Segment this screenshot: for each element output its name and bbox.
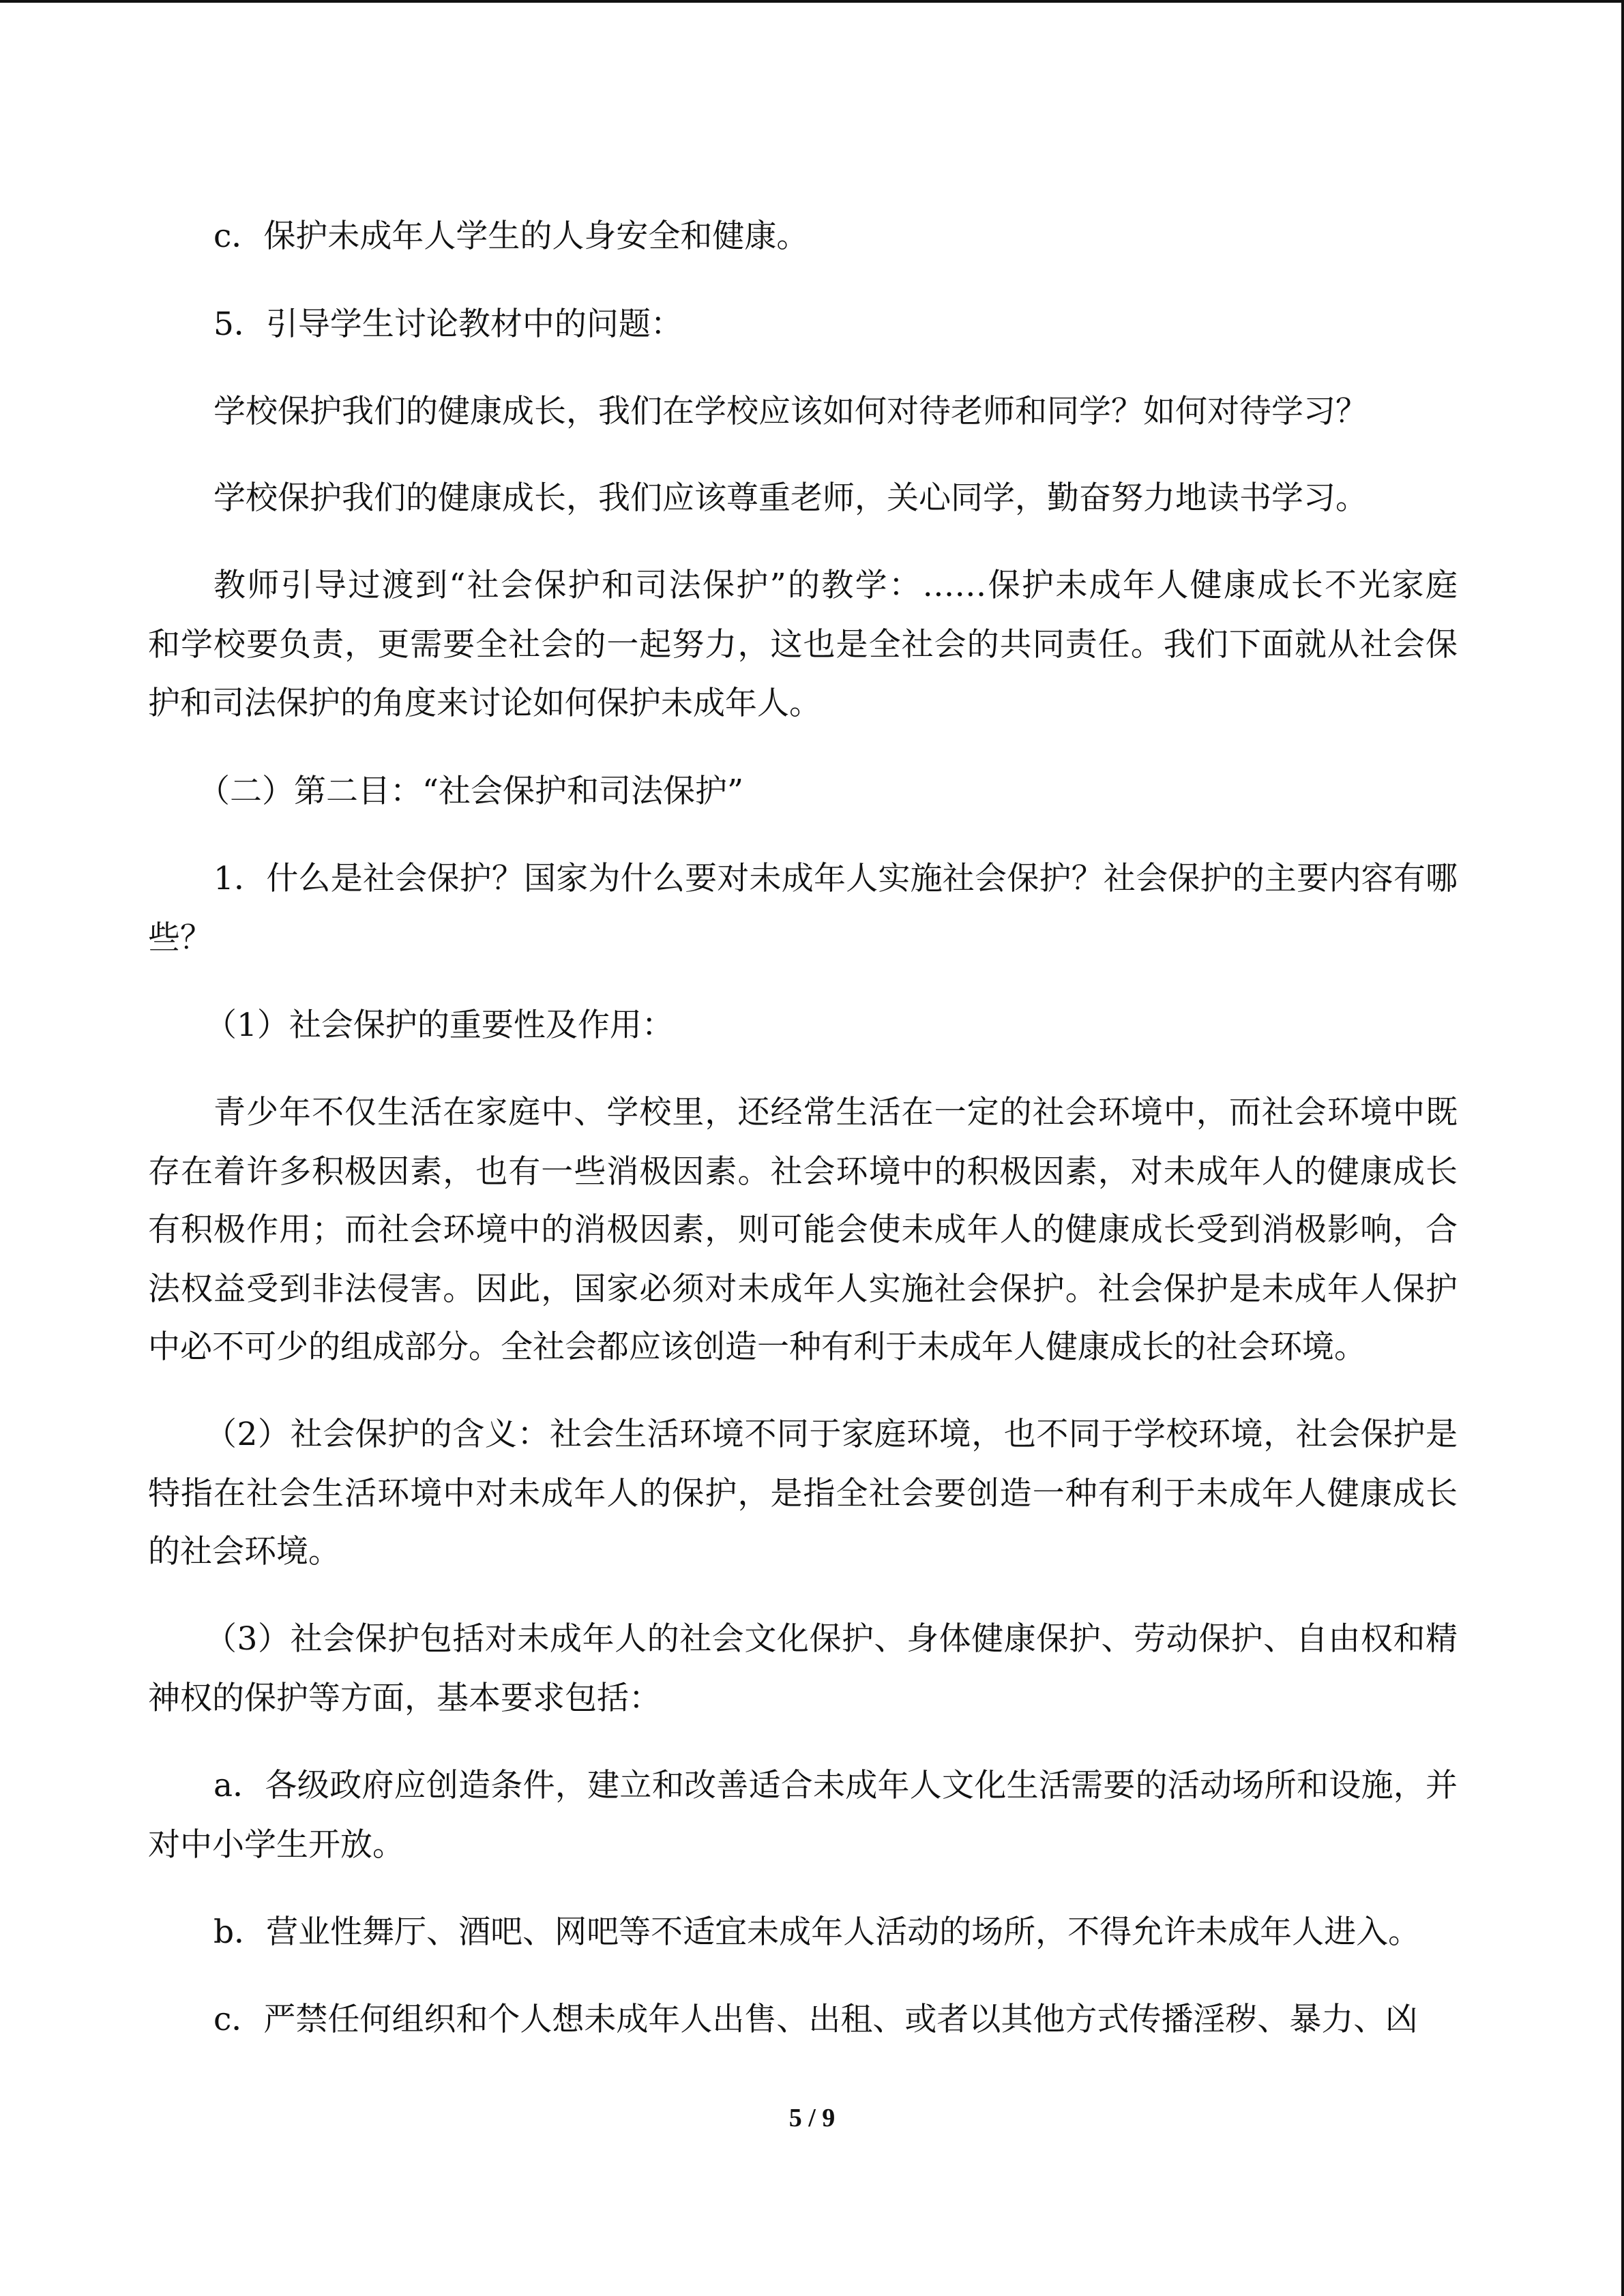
paragraph-line: 教师引导过渡到“社会保护和司法保护”的教学：……保护未成年人健康成长不光家庭 bbox=[213, 565, 1458, 606]
paragraph-line: 护和司法保护的角度来讨论如何保护未成年人。 bbox=[148, 683, 1458, 724]
paragraph-line: 神权的保护等方面，基本要求包括： bbox=[148, 1678, 1458, 1719]
paragraph-line: 存在着许多积极因素，也有一些消极因素。社会环境中的积极因素，对未成年人的健康成长 bbox=[148, 1152, 1458, 1193]
document-page: c．保护未成年人学生的人身安全和健康。 5．引导学生讨论教材中的问题： 学校保护… bbox=[0, 0, 1624, 2296]
paragraph-line: 青少年不仅生活在家庭中、学校里，还经常生活在一定的社会环境中，而社会环境中既 bbox=[213, 1092, 1458, 1133]
paragraph-line: 和学校要负责，更需要全社会的一起努力，这也是全社会的共同责任。我们下面就从社会保 bbox=[148, 625, 1458, 666]
paragraph-line: 1．什么是社会保护？国家为什么要对未成年人实施社会保护？社会保护的主要内容有哪 bbox=[213, 859, 1458, 899]
paragraph-line: 特指在社会生活环境中对未成年人的保护，是指全社会要创造一种有利于未成年人健康成长 bbox=[148, 1474, 1458, 1515]
paragraph-line: 5．引导学生讨论教材中的问题： bbox=[213, 304, 1458, 345]
page-number: 5 / 9 bbox=[0, 2103, 1624, 2133]
paragraph-line: 有积极作用；而社会环境中的消极因素，则可能会使未成年人的健康成长受到消极影响，合 bbox=[148, 1210, 1458, 1251]
paragraph-line: 中必不可少的组成部分。全社会都应该创造一种有利于未成年人健康成长的社会环境。 bbox=[148, 1327, 1458, 1368]
paragraph-line: 学校保护我们的健康成长，我们应该尊重老师，关心同学，勤奋努力地读书学习。 bbox=[213, 478, 1458, 519]
paragraph-line: 对中小学生开放。 bbox=[148, 1825, 1458, 1866]
paragraph-line: c．严禁任何组织和个人想未成年人出售、出租、或者以其他方式传播淫秽、暴力、凶 bbox=[213, 1999, 1458, 2040]
paragraph-line: （3）社会保护包括对未成年人的社会文化保护、身体健康保护、劳动保护、自由权和精 bbox=[205, 1619, 1458, 1660]
section-heading: （二）第二目：“社会保护和司法保护” bbox=[198, 771, 1442, 812]
paragraph-line: （2）社会保护的含义：社会生活环境不同于家庭环境，也不同于学校环境，社会保护是 bbox=[205, 1414, 1458, 1455]
paragraph-line: b．营业性舞厅、酒吧、网吧等不适宜未成年人活动的场所，不得允许未成年人进入。 bbox=[213, 1912, 1458, 1953]
subsection-heading: （1）社会保护的重要性及作用： bbox=[205, 1005, 1449, 1046]
paragraph-line: 法权益受到非法侵害。因此，国家必须对未成年人实施社会保护。社会保护是未成年人保护 bbox=[148, 1269, 1458, 1310]
paragraph-line: 学校保护我们的健康成长，我们在学校应该如何对待老师和同学？如何对待学习？ bbox=[213, 391, 1458, 432]
paragraph-line: 些？ bbox=[148, 918, 1458, 959]
paragraph-line: 的社会环境。 bbox=[148, 1532, 1458, 1572]
paragraph-line: c．保护未成年人学生的人身安全和健康。 bbox=[213, 216, 1458, 257]
paragraph-line: a．各级政府应创造条件，建立和改善适合未成年人文化生活需要的活动场所和设施，并 bbox=[213, 1765, 1458, 1806]
